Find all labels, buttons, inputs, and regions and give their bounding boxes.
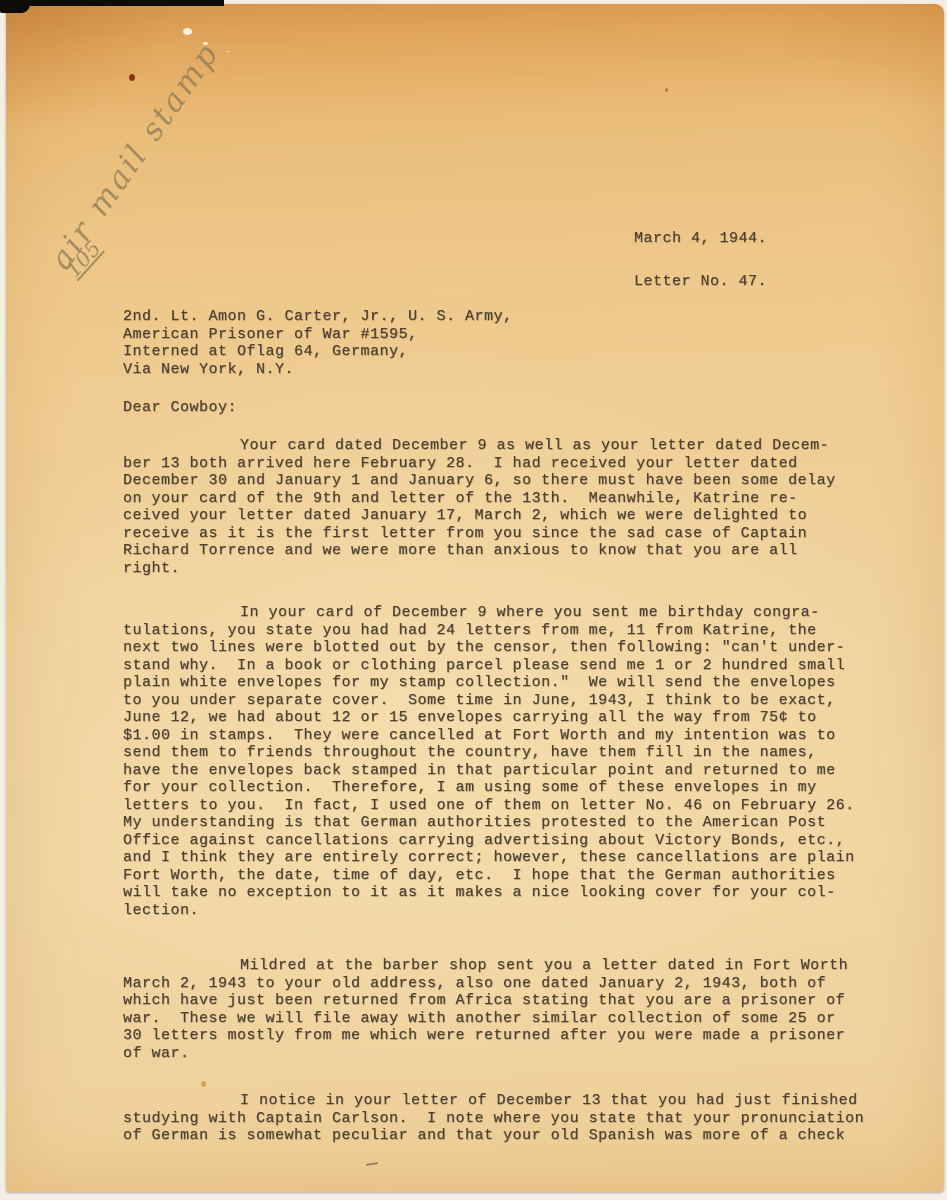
body-paragraph-2: In your card of December 9 where you sen… <box>123 604 855 919</box>
scanned-letter-page: { "annotation": { "text": "air mail stam… <box>0 0 947 1200</box>
scan-corner-artifact <box>0 0 30 13</box>
paper-stain <box>129 74 135 81</box>
paper-stain <box>201 1081 206 1087</box>
body-paragraph-4: I notice in your letter of December 13 t… <box>123 1092 864 1145</box>
paper-stain <box>388 752 392 757</box>
letter-date: March 4, 1944. <box>634 230 767 248</box>
letter-number: Letter No. 47. <box>634 273 767 291</box>
recipient-address-block: 2nd. Lt. Amon G. Carter, Jr., U. S. Army… <box>123 308 513 378</box>
body-paragraph-3: Mildred at the barber shop sent you a le… <box>123 957 848 1062</box>
paper-stain <box>665 88 668 92</box>
paper-damage-speck <box>183 28 192 35</box>
scan-edge-artifact <box>0 0 224 6</box>
body-paragraph-1: Your card dated December 9 as well as yo… <box>123 437 836 577</box>
salutation: Dear Cowboy: <box>123 399 237 417</box>
